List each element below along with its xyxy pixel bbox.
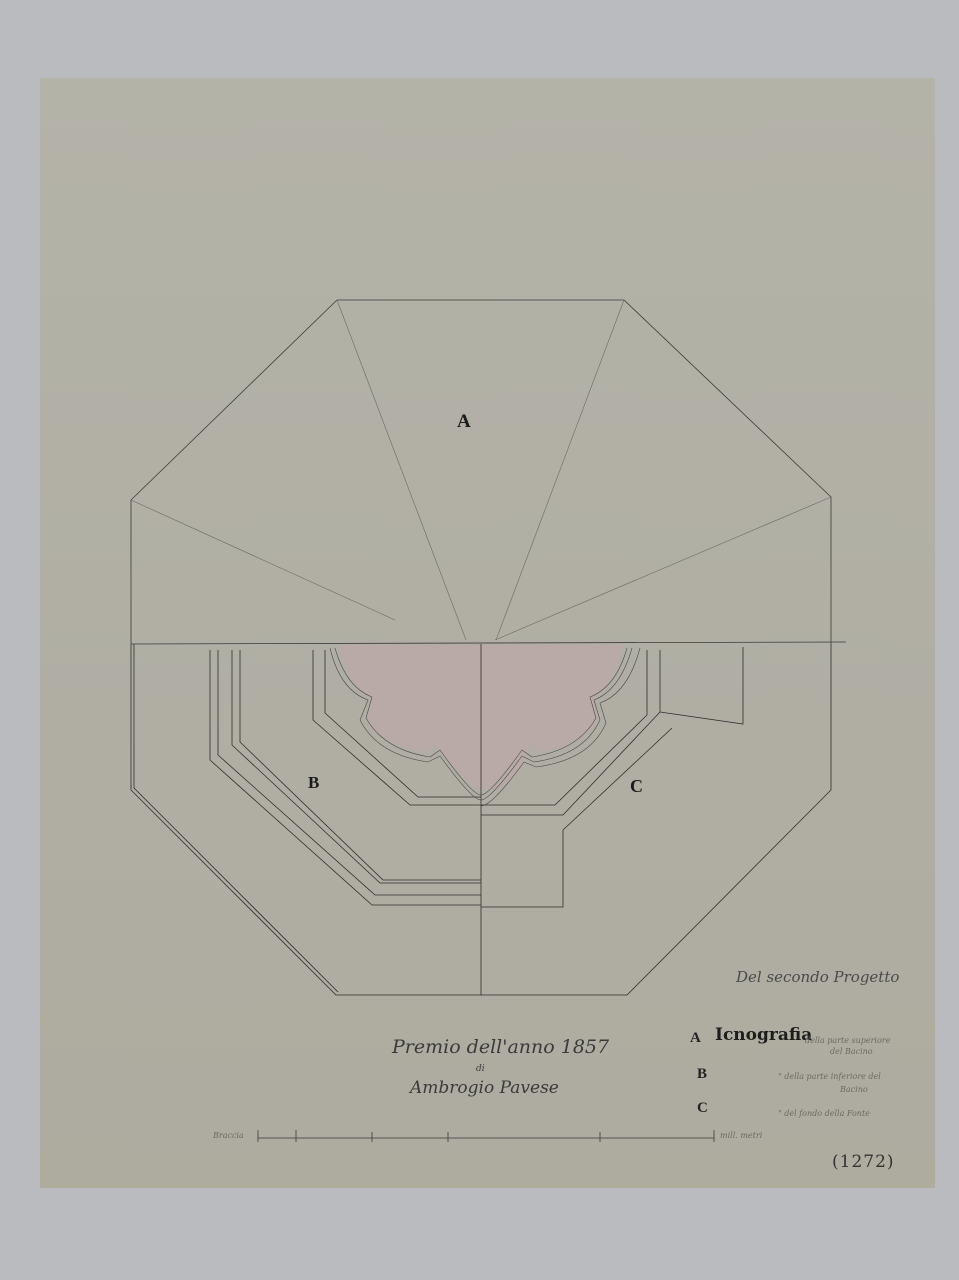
legend-key-b: B	[697, 1066, 707, 1083]
region-bc-plan	[131, 644, 831, 995]
legend-desc-c: " del fondo della Fonte	[778, 1109, 870, 1118]
inventory-number: (1272)	[832, 1152, 895, 1172]
legend-desc-b2: Bacino	[840, 1085, 868, 1094]
legend-title-a: Icnografia	[715, 1025, 812, 1045]
scale-bar	[258, 1130, 714, 1142]
basin-wash	[338, 645, 622, 790]
region-a-plan	[131, 300, 846, 644]
project-heading: Del secondo Progetto	[736, 968, 899, 986]
scale-label: Braccia	[213, 1131, 244, 1140]
region-label-c: C	[630, 776, 643, 797]
legend-key-a: A	[690, 1030, 701, 1047]
title-prize-year: Premio dell'anno 1857	[392, 1036, 609, 1058]
legend-desc-a2: del Bacino	[830, 1047, 873, 1056]
legend-desc-b: " della parte inferiore del	[778, 1072, 881, 1081]
legend-desc-a: della parte superiore	[805, 1036, 890, 1045]
legend-key-c: C	[697, 1100, 708, 1117]
region-label-a: A	[457, 411, 471, 433]
scale-unit: mill. metri	[720, 1131, 762, 1140]
region-label-b: B	[308, 773, 319, 793]
title-author: Ambrogio Pavese	[410, 1078, 559, 1098]
title-di: di	[476, 1064, 485, 1074]
